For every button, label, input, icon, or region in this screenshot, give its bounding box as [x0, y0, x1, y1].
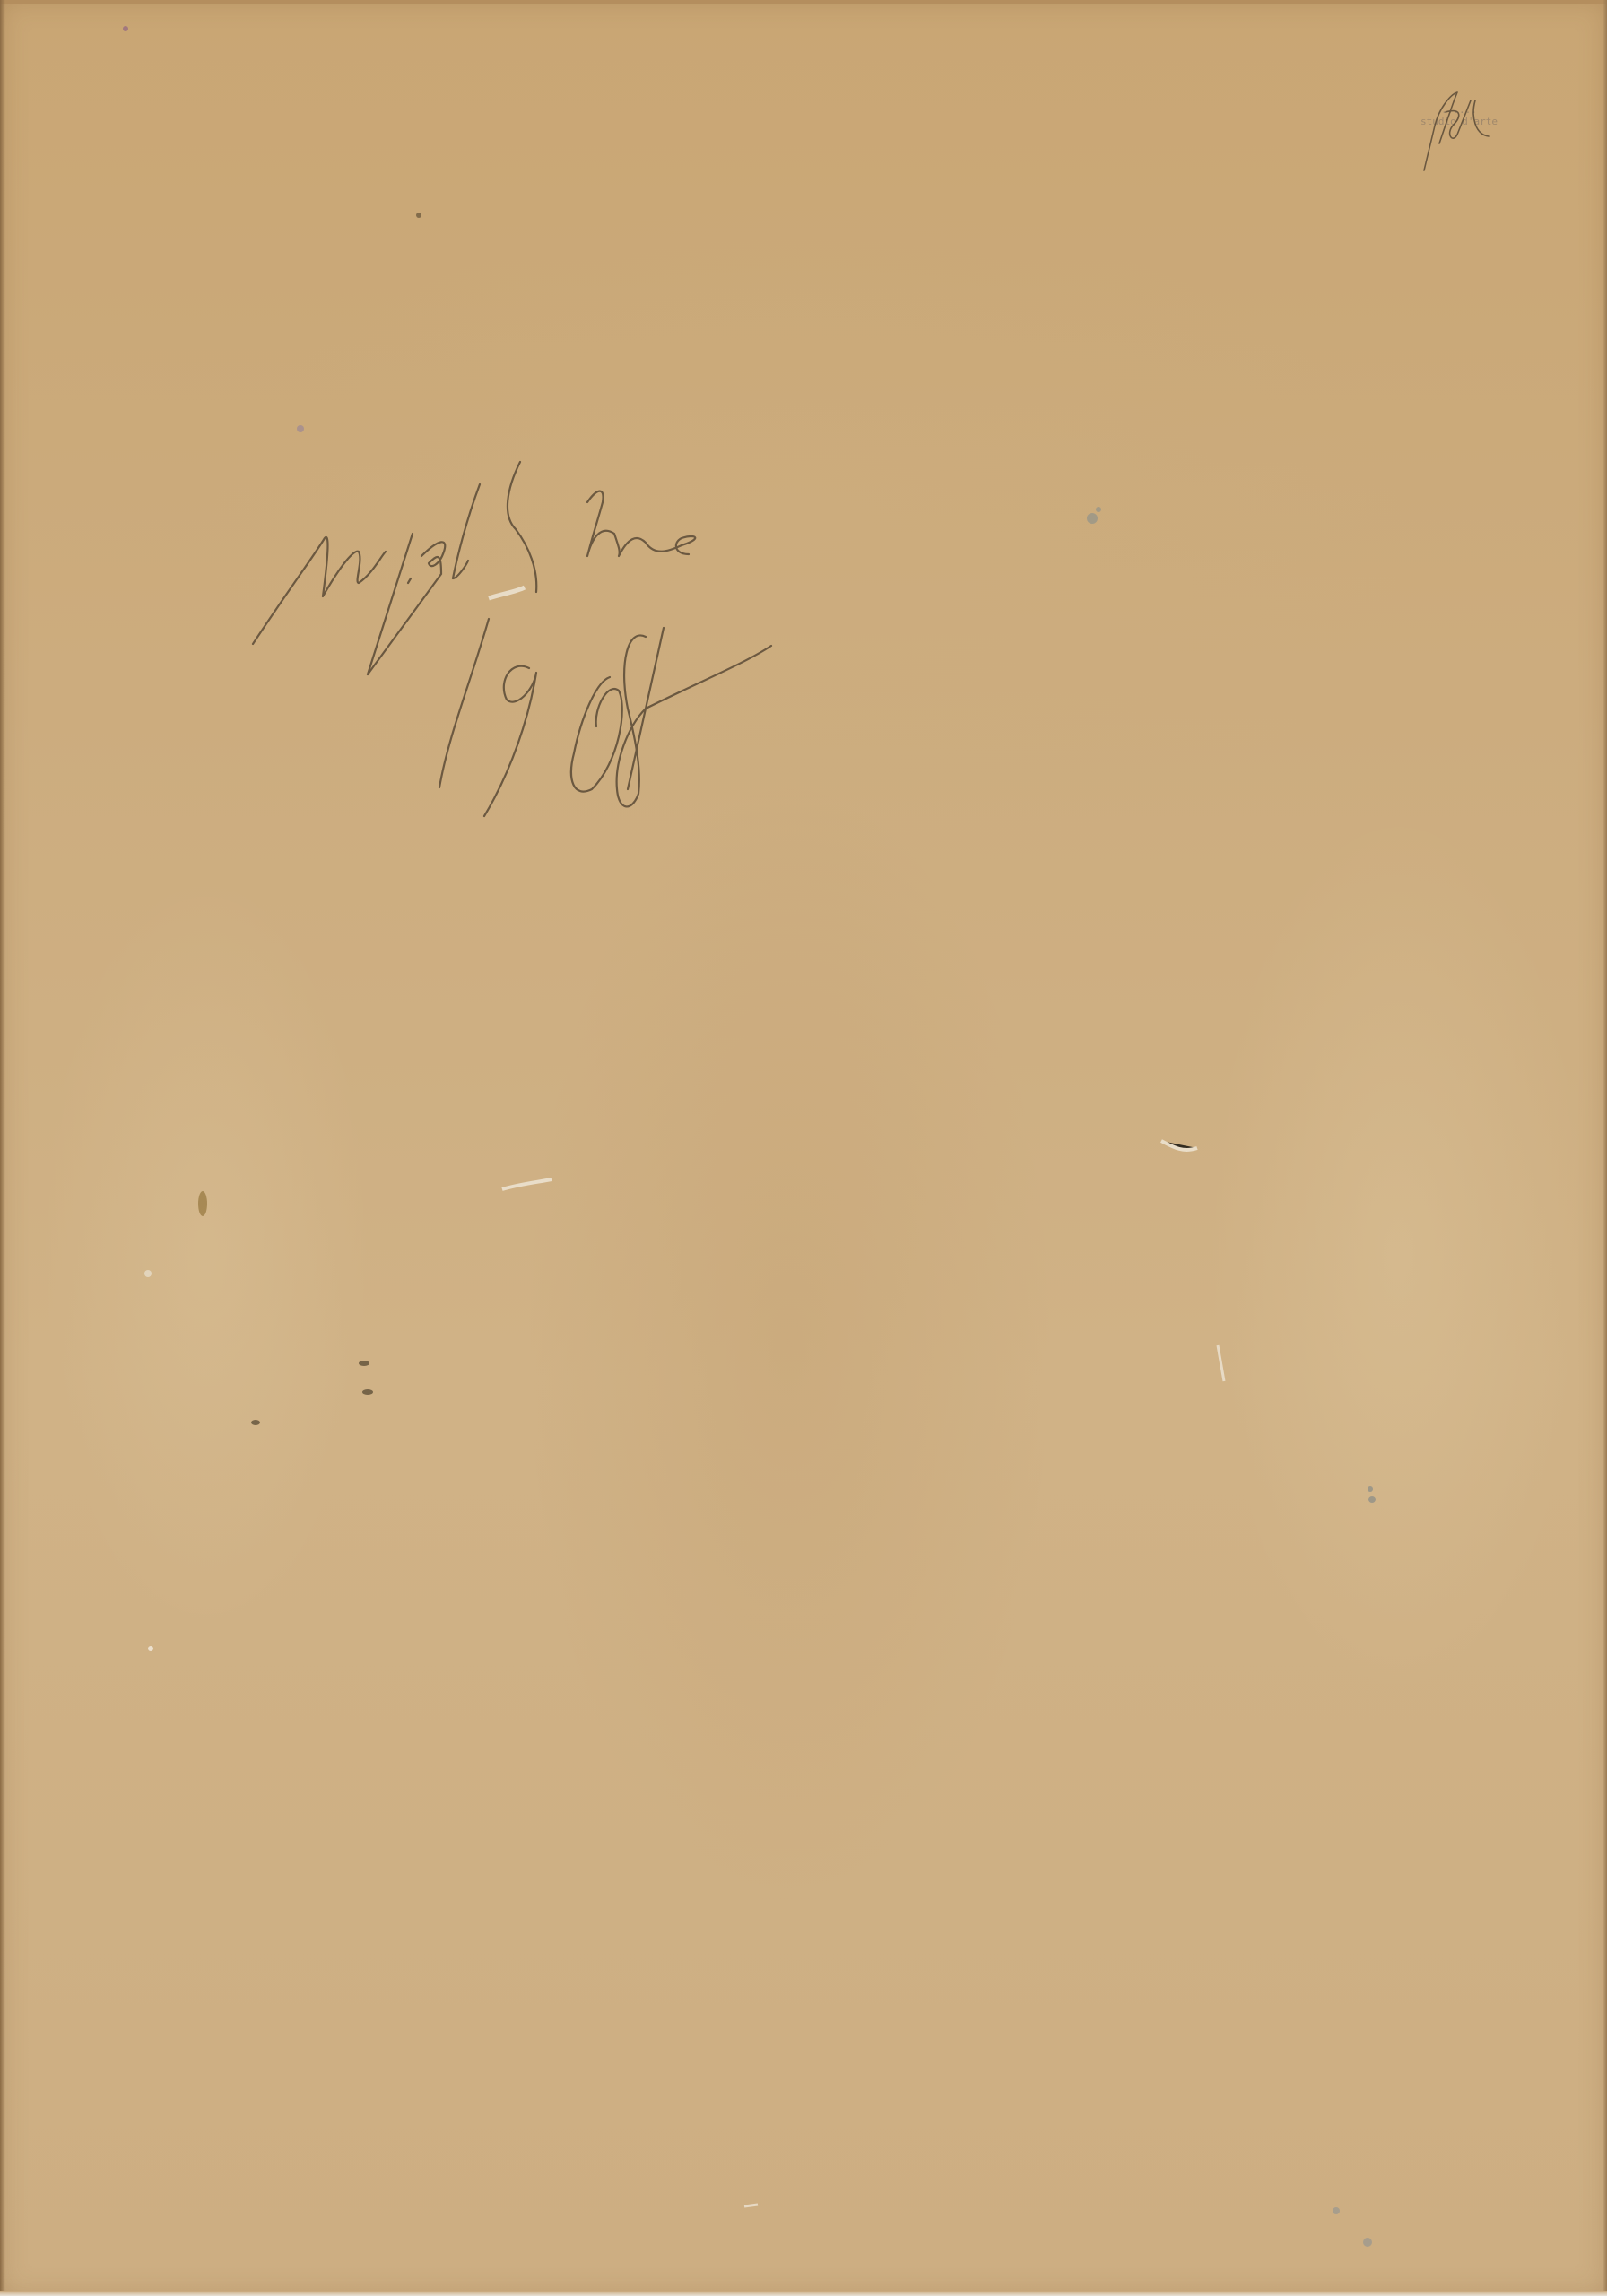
corner-initials	[1424, 92, 1489, 170]
cardboard-back-panel: ...... studio d'arte	[0, 0, 1607, 2296]
artist-signature	[253, 462, 695, 674]
surface-marks	[123, 26, 1376, 2247]
pencil-inscription	[0, 0, 1607, 2296]
date-1988	[439, 619, 771, 816]
